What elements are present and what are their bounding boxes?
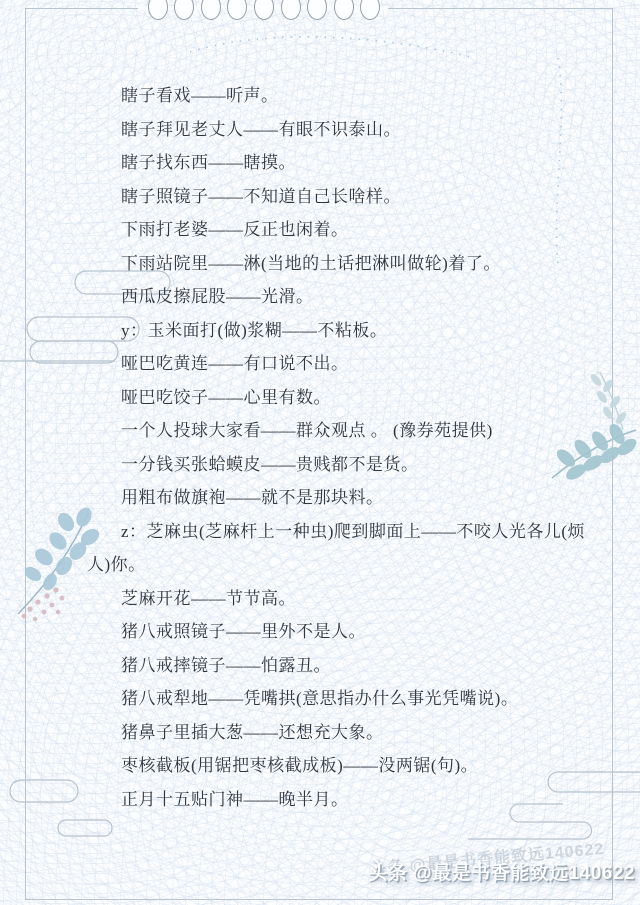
saying-line: 枣核截板(用锯把枣核截成板)——没两锯(句)。: [87, 749, 594, 783]
notebook-page: 瞎子看戏——听声。 瞎子拜见老丈人——有眼不识泰山。 瞎子找东西——瞎摸。 瞎子…: [0, 0, 640, 905]
sayings-list: 瞎子看戏——听声。 瞎子拜见老丈人——有眼不识泰山。 瞎子找东西——瞎摸。 瞎子…: [87, 79, 594, 816]
saying-line: 猪八戒摔镜子——怕露丑。: [87, 649, 594, 683]
saying-line: 哑巴吃黄连——有口说不出。: [87, 347, 594, 381]
saying-line: z：芝麻虫(芝麻杆上一种虫)爬到脚面上——不咬人光各儿(烦人)你。: [87, 515, 594, 582]
saying-line: 瞎子照镜子——不知道自己长啥样。: [87, 180, 594, 214]
saying-line: 瞎子找东西——瞎摸。: [87, 146, 594, 180]
saying-line: y：玉米面打(做)浆糊——不粘板。: [87, 314, 594, 348]
saying-line: 猪鼻子里插大葱——还想充大象。: [87, 716, 594, 750]
saying-line: 瞎子拜见老丈人——有眼不识泰山。: [87, 113, 594, 147]
saying-line: 芝麻开花——节节高。: [87, 582, 594, 616]
saying-line: 正月十五贴门神——晚半月。: [87, 783, 594, 817]
saying-line: 一个人投球大家看——群众观点 。 (豫券苑提供): [87, 414, 594, 448]
saying-line: 一分钱买张蛤蟆皮——贵贱都不是货。: [87, 448, 594, 482]
saying-line: 下雨站院里——淋(当地的土话把淋叫做轮)着了。: [87, 247, 594, 281]
saying-line: 哑巴吃饺子——心里有数。: [87, 381, 594, 415]
watermark: 头条 @最是书香能致远140622: [368, 858, 635, 885]
saying-line: 猪八戒犁地——凭嘴拱(意思指办什么事光凭嘴说)。: [87, 682, 594, 716]
saying-line: 猪八戒照镜子——里外不是人。: [87, 615, 594, 649]
saying-line: 下雨打老婆——反正也闲着。: [87, 213, 594, 247]
saying-line: 瞎子看戏——听声。: [87, 79, 594, 113]
saying-line: 西瓜皮擦屁股——光滑。: [87, 280, 594, 314]
saying-line: 用粗布做旗袍——就不是那块料。: [87, 481, 594, 515]
